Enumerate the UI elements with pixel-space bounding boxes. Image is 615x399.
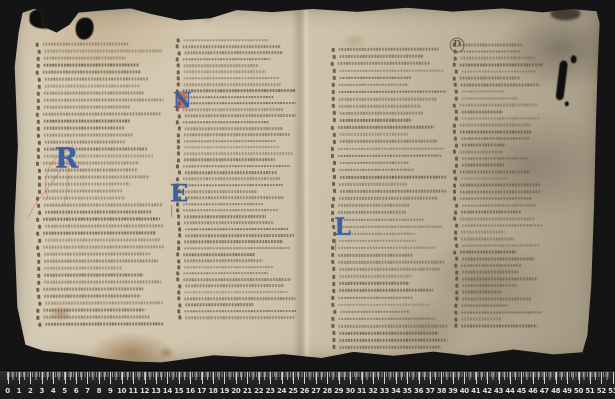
ruler-number: 38	[437, 387, 446, 395]
parchment-hole	[565, 101, 569, 106]
ruler-cm-tick	[396, 372, 397, 384]
ruler-cm-tick	[53, 372, 54, 384]
ruler-cm-tick	[544, 372, 545, 384]
ruler-number: 23	[266, 387, 275, 395]
parchment-sheet: R N E L D	[13, 5, 603, 364]
ruler-cm-tick	[419, 372, 420, 384]
ruler-number: 6	[74, 387, 79, 395]
ruler-number: 40	[460, 387, 469, 395]
ruler-cm-tick	[99, 372, 100, 384]
ruler-cm-tick	[510, 372, 511, 384]
ruler-number: 49	[563, 387, 572, 395]
ruler-cm-tick	[293, 372, 294, 384]
ruler-cm-tick	[190, 372, 191, 384]
ruler-cm-tick	[350, 372, 351, 384]
script-line	[36, 320, 164, 327]
ruler-number: 43	[494, 387, 503, 395]
script-line	[176, 314, 296, 321]
ruler-cm-tick	[179, 372, 180, 384]
ruler-number: 35	[403, 387, 412, 395]
ruler-number: 45	[517, 387, 526, 395]
ruler-number: 31	[357, 387, 366, 395]
ruler-cm-tick	[533, 372, 534, 384]
ruler-cm-tick	[453, 372, 454, 384]
ruler-cm-tick	[259, 372, 260, 384]
ruler-cm-tick	[601, 372, 602, 384]
ruler-number: 18	[208, 387, 217, 395]
ruler-number: 16	[186, 387, 195, 395]
ruler-cm-tick	[19, 372, 20, 384]
ruler-number: 37	[425, 387, 434, 395]
ruler-number: 15	[174, 387, 183, 395]
ruler-cm-tick	[521, 372, 522, 384]
ruler-number: 1	[17, 387, 22, 395]
ruler-number: 52	[597, 387, 606, 395]
ruler-cm-tick	[65, 372, 66, 384]
ruler-cm-tick	[42, 372, 43, 384]
ruler-cm-tick	[487, 372, 488, 384]
ruler-number: 41	[471, 387, 480, 395]
ruler-number: 39	[448, 387, 457, 395]
center-fold-crease	[300, 6, 311, 363]
illuminated-initial-R: R	[55, 145, 78, 173]
ruler-cm-tick	[213, 372, 214, 384]
ruler-cm-tick	[590, 372, 591, 384]
ruler-half-cm-ticks	[7, 372, 609, 380]
ruler-number: 29	[334, 387, 343, 395]
ruler-number: 50	[574, 387, 583, 395]
ruler-cm-tick	[327, 372, 328, 384]
ruler-cm-tick	[87, 372, 88, 384]
ruler-cm-tick	[407, 372, 408, 384]
ruler-number: 33	[380, 387, 389, 395]
ruler-cm-tick	[110, 372, 111, 384]
ruler-cm-tick	[441, 372, 442, 384]
ruler-cm-tick	[579, 372, 580, 384]
ruler-number: 14	[163, 387, 172, 395]
ruler-cm-tick	[8, 372, 9, 384]
ruler-number: 3	[39, 387, 44, 395]
ruler-number: 5	[62, 387, 67, 395]
ruler-number: 26	[300, 387, 309, 395]
ruler-cm-tick	[613, 372, 614, 384]
ruler-number: 22	[254, 387, 263, 395]
ruler-cm-tick	[567, 372, 568, 384]
ruler-number: 51	[585, 387, 594, 395]
ruler-number: 7	[85, 387, 90, 395]
parchment-hole	[571, 55, 577, 63]
dark-stain	[551, 7, 581, 20]
ruler-cm-tick	[499, 372, 500, 384]
ruler-cm-tick	[247, 372, 248, 384]
ruler-cm-tick	[373, 372, 374, 384]
initial-blue-letter: N	[173, 89, 190, 111]
ruler-number: 0	[5, 387, 10, 395]
illuminated-initial-E: E	[170, 181, 188, 205]
illuminated-initial-L: L	[334, 215, 351, 239]
ruler-cm-tick	[145, 372, 146, 384]
parchment-hole	[76, 18, 94, 40]
parchment-hole	[555, 60, 568, 101]
script-line	[331, 344, 447, 351]
ruler-cm-tick	[224, 372, 225, 384]
text-column-3	[331, 46, 448, 351]
ruler-number: 25	[288, 387, 297, 395]
ruler-number: 48	[551, 387, 560, 395]
ruler-number: 30	[346, 387, 355, 395]
ruler-number: 8	[97, 387, 102, 395]
ruler-number: 21	[243, 387, 252, 395]
ruler-cm-tick	[316, 372, 317, 384]
ink-circled-initial-D: D	[450, 38, 465, 53]
ruler-cm-tick	[76, 372, 77, 384]
script-line	[453, 322, 548, 329]
text-column-2	[176, 37, 297, 321]
ruler-number: 20	[231, 387, 240, 395]
ruler-number: 46	[528, 387, 537, 395]
ruler-number: 28	[323, 387, 332, 395]
ruler-number: 4	[51, 387, 56, 395]
ruler-number: 9	[108, 387, 113, 395]
ruler-number: 36	[414, 387, 423, 395]
measurement-ruler: 0123456789101112131415161718192021222324…	[0, 370, 615, 399]
ruler-number: 10	[117, 387, 126, 395]
ruler-cm-tick	[133, 372, 134, 384]
ruler-number: 13	[151, 387, 160, 395]
ruler-number: 34	[391, 387, 400, 395]
ruler-number: 2	[28, 387, 33, 395]
ruler-number: 11	[129, 387, 138, 395]
ruler-number: 24	[277, 387, 286, 395]
ruler-number: 42	[483, 387, 492, 395]
illuminated-initial-N: N	[173, 89, 190, 111]
manuscript-photo: R N E L D 012345678910111213141516171819…	[0, 0, 615, 399]
ruler-cm-tick	[282, 372, 283, 384]
ruler-number: 12	[140, 387, 149, 395]
ruler-cm-tick	[430, 372, 431, 384]
ruler-cm-tick	[167, 372, 168, 384]
ruler-number: 47	[540, 387, 549, 395]
ruler-cm-tick	[304, 372, 305, 384]
ruler-number: 27	[311, 387, 320, 395]
ruler-cm-tick	[270, 372, 271, 384]
ruler-cm-tick	[30, 372, 31, 384]
ruler-number: 44	[505, 387, 514, 395]
ruler-cm-tick	[556, 372, 557, 384]
ruler-cm-tick	[384, 372, 385, 384]
parchment-tear-hole	[30, 9, 69, 29]
ruler-number: 19	[220, 387, 229, 395]
ruler-cm-tick	[362, 372, 363, 384]
ruler-cm-tick	[156, 372, 157, 384]
ruler-cm-tick	[476, 372, 477, 384]
text-column-4	[453, 41, 549, 329]
ruler-number: 32	[368, 387, 377, 395]
initial-red-flourish	[171, 205, 172, 217]
ruler-number: 53	[608, 387, 615, 395]
ruler-cm-tick	[464, 372, 465, 384]
ruler-cm-tick	[236, 372, 237, 384]
initial-red-flourish	[335, 239, 336, 251]
ruler-cm-tick	[122, 372, 123, 384]
ruler-number: 17	[197, 387, 206, 395]
ruler-cm-tick	[202, 372, 203, 384]
ruler-cm-tick	[339, 372, 340, 384]
